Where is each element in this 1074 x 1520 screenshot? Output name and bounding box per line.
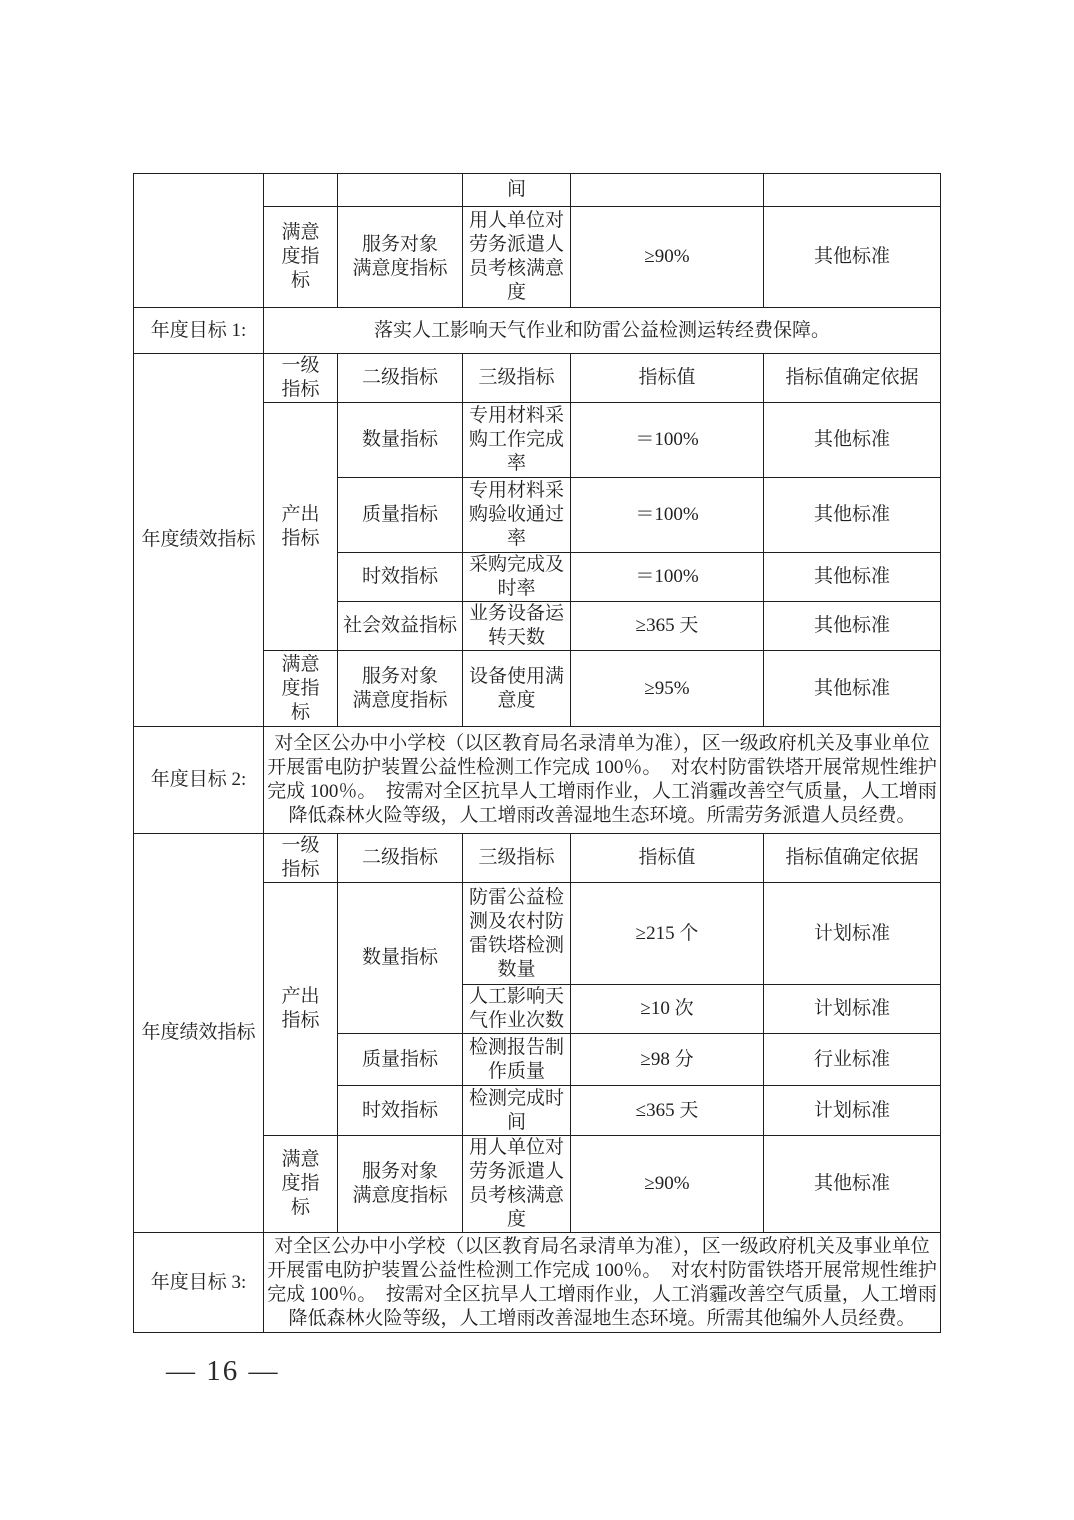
cell-s1-row0-basis: 其他标准 <box>764 403 941 478</box>
cell-satisfaction-basis: 其他标准 <box>764 207 941 308</box>
cell-s2-row1-value: ≥10 次 <box>571 985 764 1034</box>
cell-s1-row1-basis: 其他标准 <box>764 478 941 553</box>
cell-s2-row2-basis: 行业标准 <box>764 1034 941 1086</box>
cell-s1-row0-level3: 专用材料采 购工作完成 率 <box>463 403 571 478</box>
cell-s1-row2-level3: 采购完成及 时率 <box>463 553 571 602</box>
cell-s2-row1-level3: 人工影响天 气作业次数 <box>463 985 571 1034</box>
cell-satisfaction-level1: 满意 度指 标 <box>264 207 338 308</box>
cell-s1-header-level2: 二级指标 <box>338 354 463 403</box>
cell-satisfaction-level3: 用人单位对 劳务派遣人 员考核满意 度 <box>463 207 571 308</box>
cell-s2-row4-basis: 其他标准 <box>764 1136 941 1233</box>
cell-s2-row2-value: ≥98 分 <box>571 1034 764 1086</box>
cell-s2-row2-level2: 质量指标 <box>338 1034 463 1086</box>
cell-goal2-label: 年度目标 2: <box>134 727 264 834</box>
cell-s2-group-label: 年度绩效指标 <box>134 834 264 1233</box>
cell-s1-row1-level2: 质量指标 <box>338 478 463 553</box>
annual-performance-table: 间 满意 度指 标 服务对象 满意度指标 用人单位对 劳务派遣人 员考核满意 度… <box>133 173 941 1333</box>
cell-satisfaction-level2: 服务对象 满意度指标 <box>338 207 463 308</box>
cell-s2-header-value: 指标值 <box>571 834 764 883</box>
cell-carryover-basis-empty <box>764 174 941 207</box>
cell-s1-header-value: 指标值 <box>571 354 764 403</box>
cell-s2-row2-level3: 检测报告制 作质量 <box>463 1034 571 1086</box>
cell-s2-row0-level3: 防雷公益检 测及农村防 雷铁塔检测 数量 <box>463 883 571 985</box>
cell-s2-row4-level2: 服务对象 满意度指标 <box>338 1136 463 1233</box>
table-row: 年度目标 1: 落实人工影响天气作业和防雷公益检测运转经费保障。 <box>134 308 941 354</box>
cell-s1-row2-level2: 时效指标 <box>338 553 463 602</box>
cell-carryover-level2-empty <box>338 174 463 207</box>
cell-carryover-level1-empty <box>264 174 338 207</box>
cell-s1-row2-value: ＝100% <box>571 553 764 602</box>
cell-s2-header-basis: 指标值确定依据 <box>764 834 941 883</box>
cell-s1-row3-value: ≥365 天 <box>571 602 764 651</box>
cell-s1-group-label: 年度绩效指标 <box>134 354 264 727</box>
cell-s1-output-label: 产出 指标 <box>264 403 338 651</box>
cell-s2-row1-basis: 计划标准 <box>764 985 941 1034</box>
cell-s1-row2-basis: 其他标准 <box>764 553 941 602</box>
cell-s1-header-level3: 三级指标 <box>463 354 571 403</box>
cell-goal2-text: 对全区公办中小学校（以区教育局名录清单为准），区一级政府机关及事业单位 开展雷电… <box>264 727 941 834</box>
cell-s1-row1-level3: 专用材料采 购验收通过 率 <box>463 478 571 553</box>
cell-goal3-text: 对全区公办中小学校（以区教育局名录清单为准），区一级政府机关及事业单位 开展雷电… <box>264 1233 941 1333</box>
cell-s2-output-label: 产出 指标 <box>264 883 338 1136</box>
cell-s1-row4-level2: 服务对象 满意度指标 <box>338 651 463 727</box>
cell-s2-row4-level1: 满意 度指 标 <box>264 1136 338 1233</box>
cell-s2-row3-level3: 检测完成时 间 <box>463 1086 571 1136</box>
cell-goal3-label: 年度目标 3: <box>134 1233 264 1333</box>
cell-s2-row0-basis: 计划标准 <box>764 883 941 985</box>
cell-s1-header-level1: 一级 指标 <box>264 354 338 403</box>
cell-s1-row0-value: ＝100% <box>571 403 764 478</box>
cell-s1-row3-level3: 业务设备运 转天数 <box>463 602 571 651</box>
cell-s2-row3-basis: 计划标准 <box>764 1086 941 1136</box>
cell-goal1-text: 落实人工影响天气作业和防雷公益检测运转经费保障。 <box>264 308 941 354</box>
cell-satisfaction-value: ≥90% <box>571 207 764 308</box>
table-row: 间 <box>134 174 941 207</box>
page-number: — 16 — <box>166 1355 280 1388</box>
cell-s2-row3-value: ≤365 天 <box>571 1086 764 1136</box>
cell-carryover-value-empty <box>571 174 764 207</box>
cell-s2-header-level3: 三级指标 <box>463 834 571 883</box>
cell-s2-header-level1: 一级 指标 <box>264 834 338 883</box>
table-row: 年度目标 3: 对全区公办中小学校（以区教育局名录清单为准），区一级政府机关及事… <box>134 1233 941 1333</box>
cell-s1-header-basis: 指标值确定依据 <box>764 354 941 403</box>
table-row: 年度绩效指标 一级 指标 二级指标 三级指标 指标值 指标值确定依据 <box>134 354 941 403</box>
cell-s2-row3-level2: 时效指标 <box>338 1086 463 1136</box>
cell-s1-row4-value: ≥95% <box>571 651 764 727</box>
cell-s1-row4-level1: 满意 度指 标 <box>264 651 338 727</box>
cell-goal1-label: 年度目标 1: <box>134 308 264 354</box>
cell-s1-row1-value: ＝100% <box>571 478 764 553</box>
cell-s2-row4-level3: 用人单位对 劳务派遣人 员考核满意 度 <box>463 1136 571 1233</box>
table-row: 年度绩效指标 一级 指标 二级指标 三级指标 指标值 指标值确定依据 <box>134 834 941 883</box>
cell-s1-row0-level2: 数量指标 <box>338 403 463 478</box>
cell-s2-row0-level2: 数量指标 <box>338 883 463 1034</box>
table-row: 年度目标 2: 对全区公办中小学校（以区教育局名录清单为准），区一级政府机关及事… <box>134 727 941 834</box>
cell-s2-row0-value: ≥215 个 <box>571 883 764 985</box>
cell-carryover-level3-tail: 间 <box>463 174 571 207</box>
document-page: 间 满意 度指 标 服务对象 满意度指标 用人单位对 劳务派遣人 员考核满意 度… <box>0 0 1074 1520</box>
cell-carryover-group-label <box>134 174 264 308</box>
cell-s2-row4-value: ≥90% <box>571 1136 764 1233</box>
cell-s1-row4-level3: 设备使用满 意度 <box>463 651 571 727</box>
cell-s1-row4-basis: 其他标准 <box>764 651 941 727</box>
cell-s1-row3-basis: 其他标准 <box>764 602 941 651</box>
cell-s1-row3-level2: 社会效益指标 <box>338 602 463 651</box>
cell-s2-header-level2: 二级指标 <box>338 834 463 883</box>
